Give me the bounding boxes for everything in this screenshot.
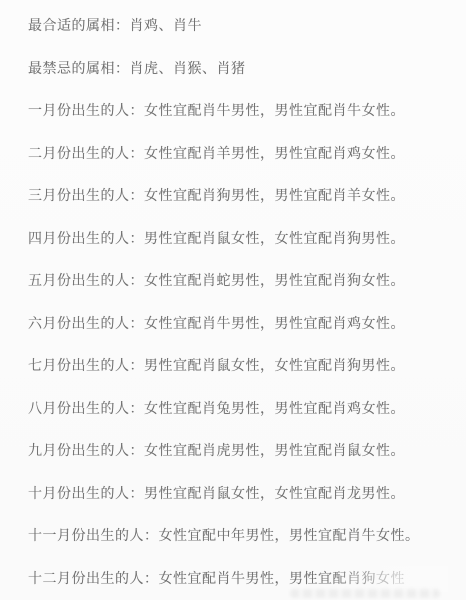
month-line-march: 三月份出生的人：女性宜配肖狗男性，男性宜配肖羊女性。 xyxy=(28,188,446,203)
document-page: 最合适的属相：肖鸡、肖牛 最禁忌的属相：肖虎、肖猴、肖猪 一月份出生的人：女性宜… xyxy=(0,0,466,600)
month-line-january: 一月份出生的人：女性宜配肖牛男性，男性宜配肖牛女性。 xyxy=(28,103,446,118)
month-line-december: 十二月份出生的人：女性宜配肖牛男性，男性宜配肖狗女性 xyxy=(28,571,446,586)
month-line-september: 九月份出生的人：女性宜配肖虎男性，男性宜配肖鼠女性。 xyxy=(28,443,446,458)
month-line-july: 七月份出生的人：男性宜配肖鼠女性，女性宜配肖狗男性。 xyxy=(28,358,446,373)
month-line-february: 二月份出生的人：女性宜配肖羊男性，男性宜配肖鸡女性。 xyxy=(28,146,446,161)
month-line-april: 四月份出生的人：男性宜配肖鼠女性，女性宜配肖狗男性。 xyxy=(28,231,446,246)
month-line-june: 六月份出生的人：女性宜配肖牛男性，男性宜配肖鸡女性。 xyxy=(28,316,446,331)
taboo-zodiac-line: 最禁忌的属相：肖虎、肖猴、肖猪 xyxy=(28,61,446,76)
month-line-may: 五月份出生的人：女性宜配肖蛇男性，男性宜配肖狗女性。 xyxy=(28,273,446,288)
month-line-november: 十一月份出生的人：女性宜配中年男性，男性宜配肖牛女性。 xyxy=(28,528,446,543)
month-line-october: 十月份出生的人：男性宜配肖鼠女性，女性宜配肖龙男性。 xyxy=(28,486,446,501)
best-zodiac-line: 最合适的属相：肖鸡、肖牛 xyxy=(28,18,446,33)
month-line-august: 八月份出生的人：女性宜配肖兔男性，男性宜配肖鸡女性。 xyxy=(28,401,446,416)
faded-watermark xyxy=(290,589,440,598)
